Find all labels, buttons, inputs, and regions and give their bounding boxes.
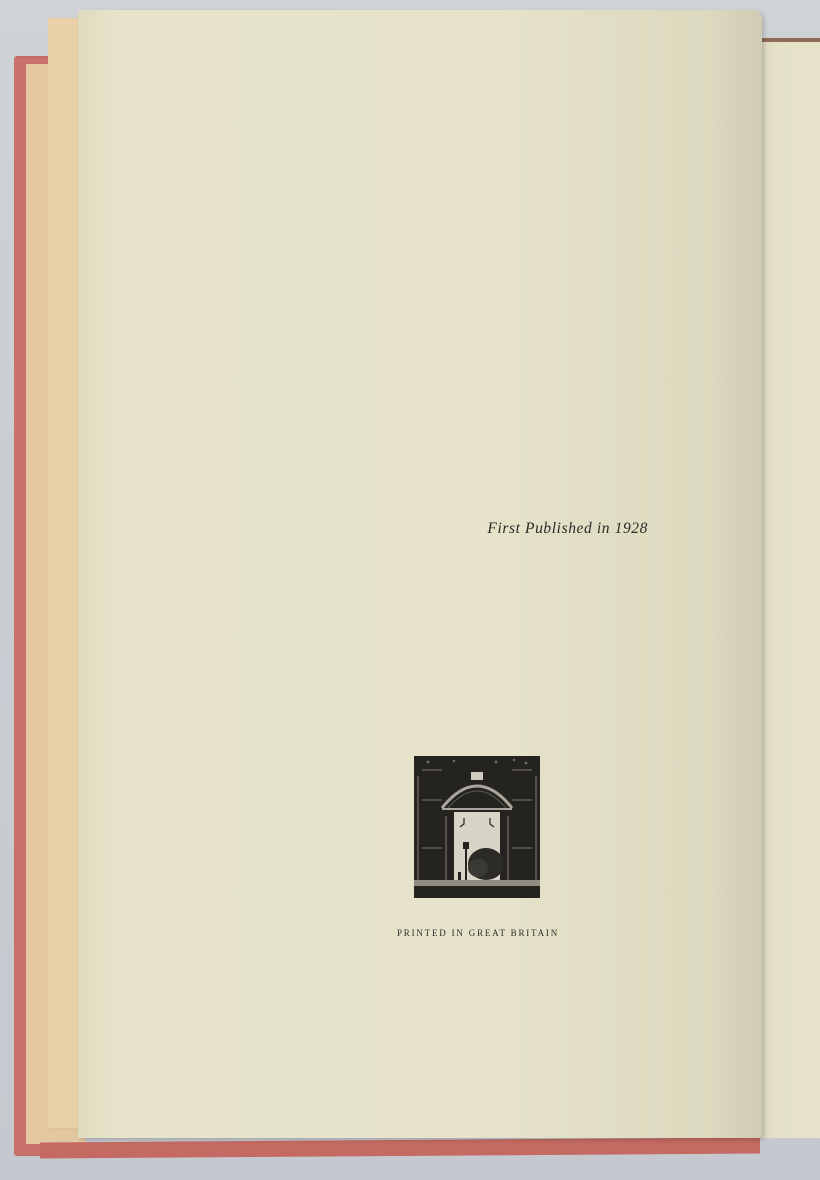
printer-line: PRINTED IN GREAT BRITAIN: [378, 928, 578, 938]
book-page: First Published in 1928: [78, 10, 762, 1138]
facing-page: [755, 42, 820, 1138]
publication-line: First Published in 1928: [378, 520, 648, 538]
book-cover-bottom-edge: [40, 1137, 760, 1158]
show-through-text: [198, 50, 718, 300]
doorway-emblem-icon: [414, 756, 540, 898]
